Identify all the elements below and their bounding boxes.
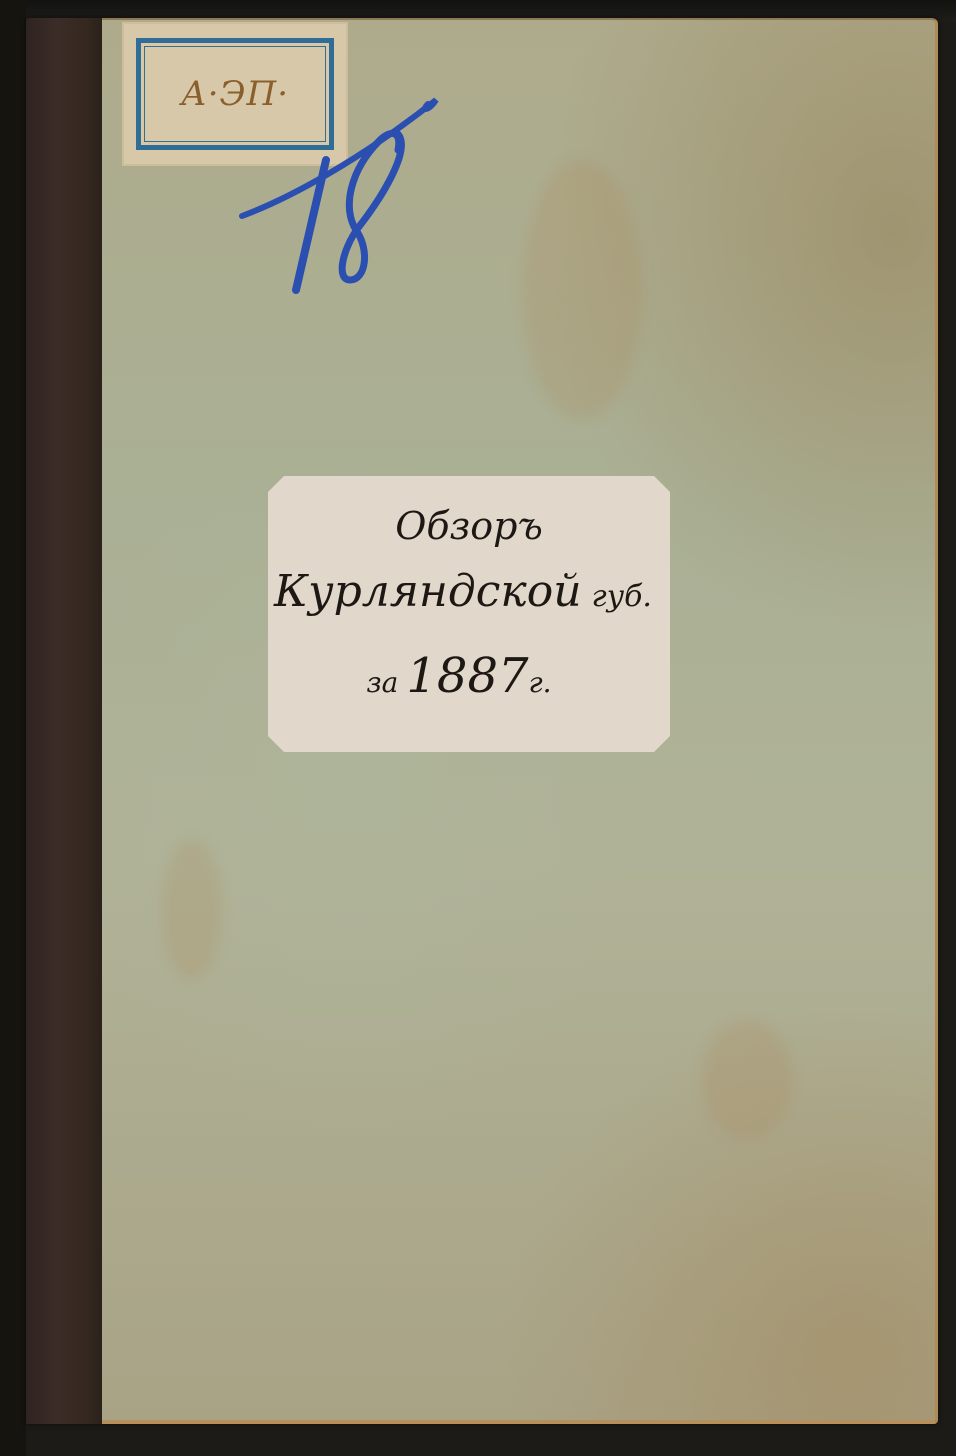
- year-suffix: г.: [529, 666, 552, 699]
- region-name: Курляндской: [274, 566, 582, 617]
- year-prefix: за: [366, 666, 398, 699]
- stain: [702, 1020, 792, 1140]
- shelf-mark-text: А·ЭП·: [181, 74, 289, 114]
- title-line-region: Курляндскойгуб.: [262, 566, 664, 617]
- region-abbr: губ.: [592, 579, 652, 614]
- crayon-slash-stroke: [242, 100, 436, 216]
- title-line-overview: Обзоръ: [268, 504, 670, 548]
- crayon-number-mark: [230, 90, 450, 300]
- crayon-digit-eight: [342, 133, 401, 280]
- stain: [522, 160, 642, 420]
- scan-backdrop-left: [0, 0, 26, 1456]
- title-line-year: за1887г.: [258, 648, 660, 704]
- book-spine: [26, 18, 102, 1424]
- year-value: 1887: [406, 648, 528, 704]
- stain: [162, 840, 222, 980]
- crayon-digit-one: [296, 160, 326, 290]
- title-label: Обзоръ Курляндскойгуб. за1887г.: [268, 476, 670, 752]
